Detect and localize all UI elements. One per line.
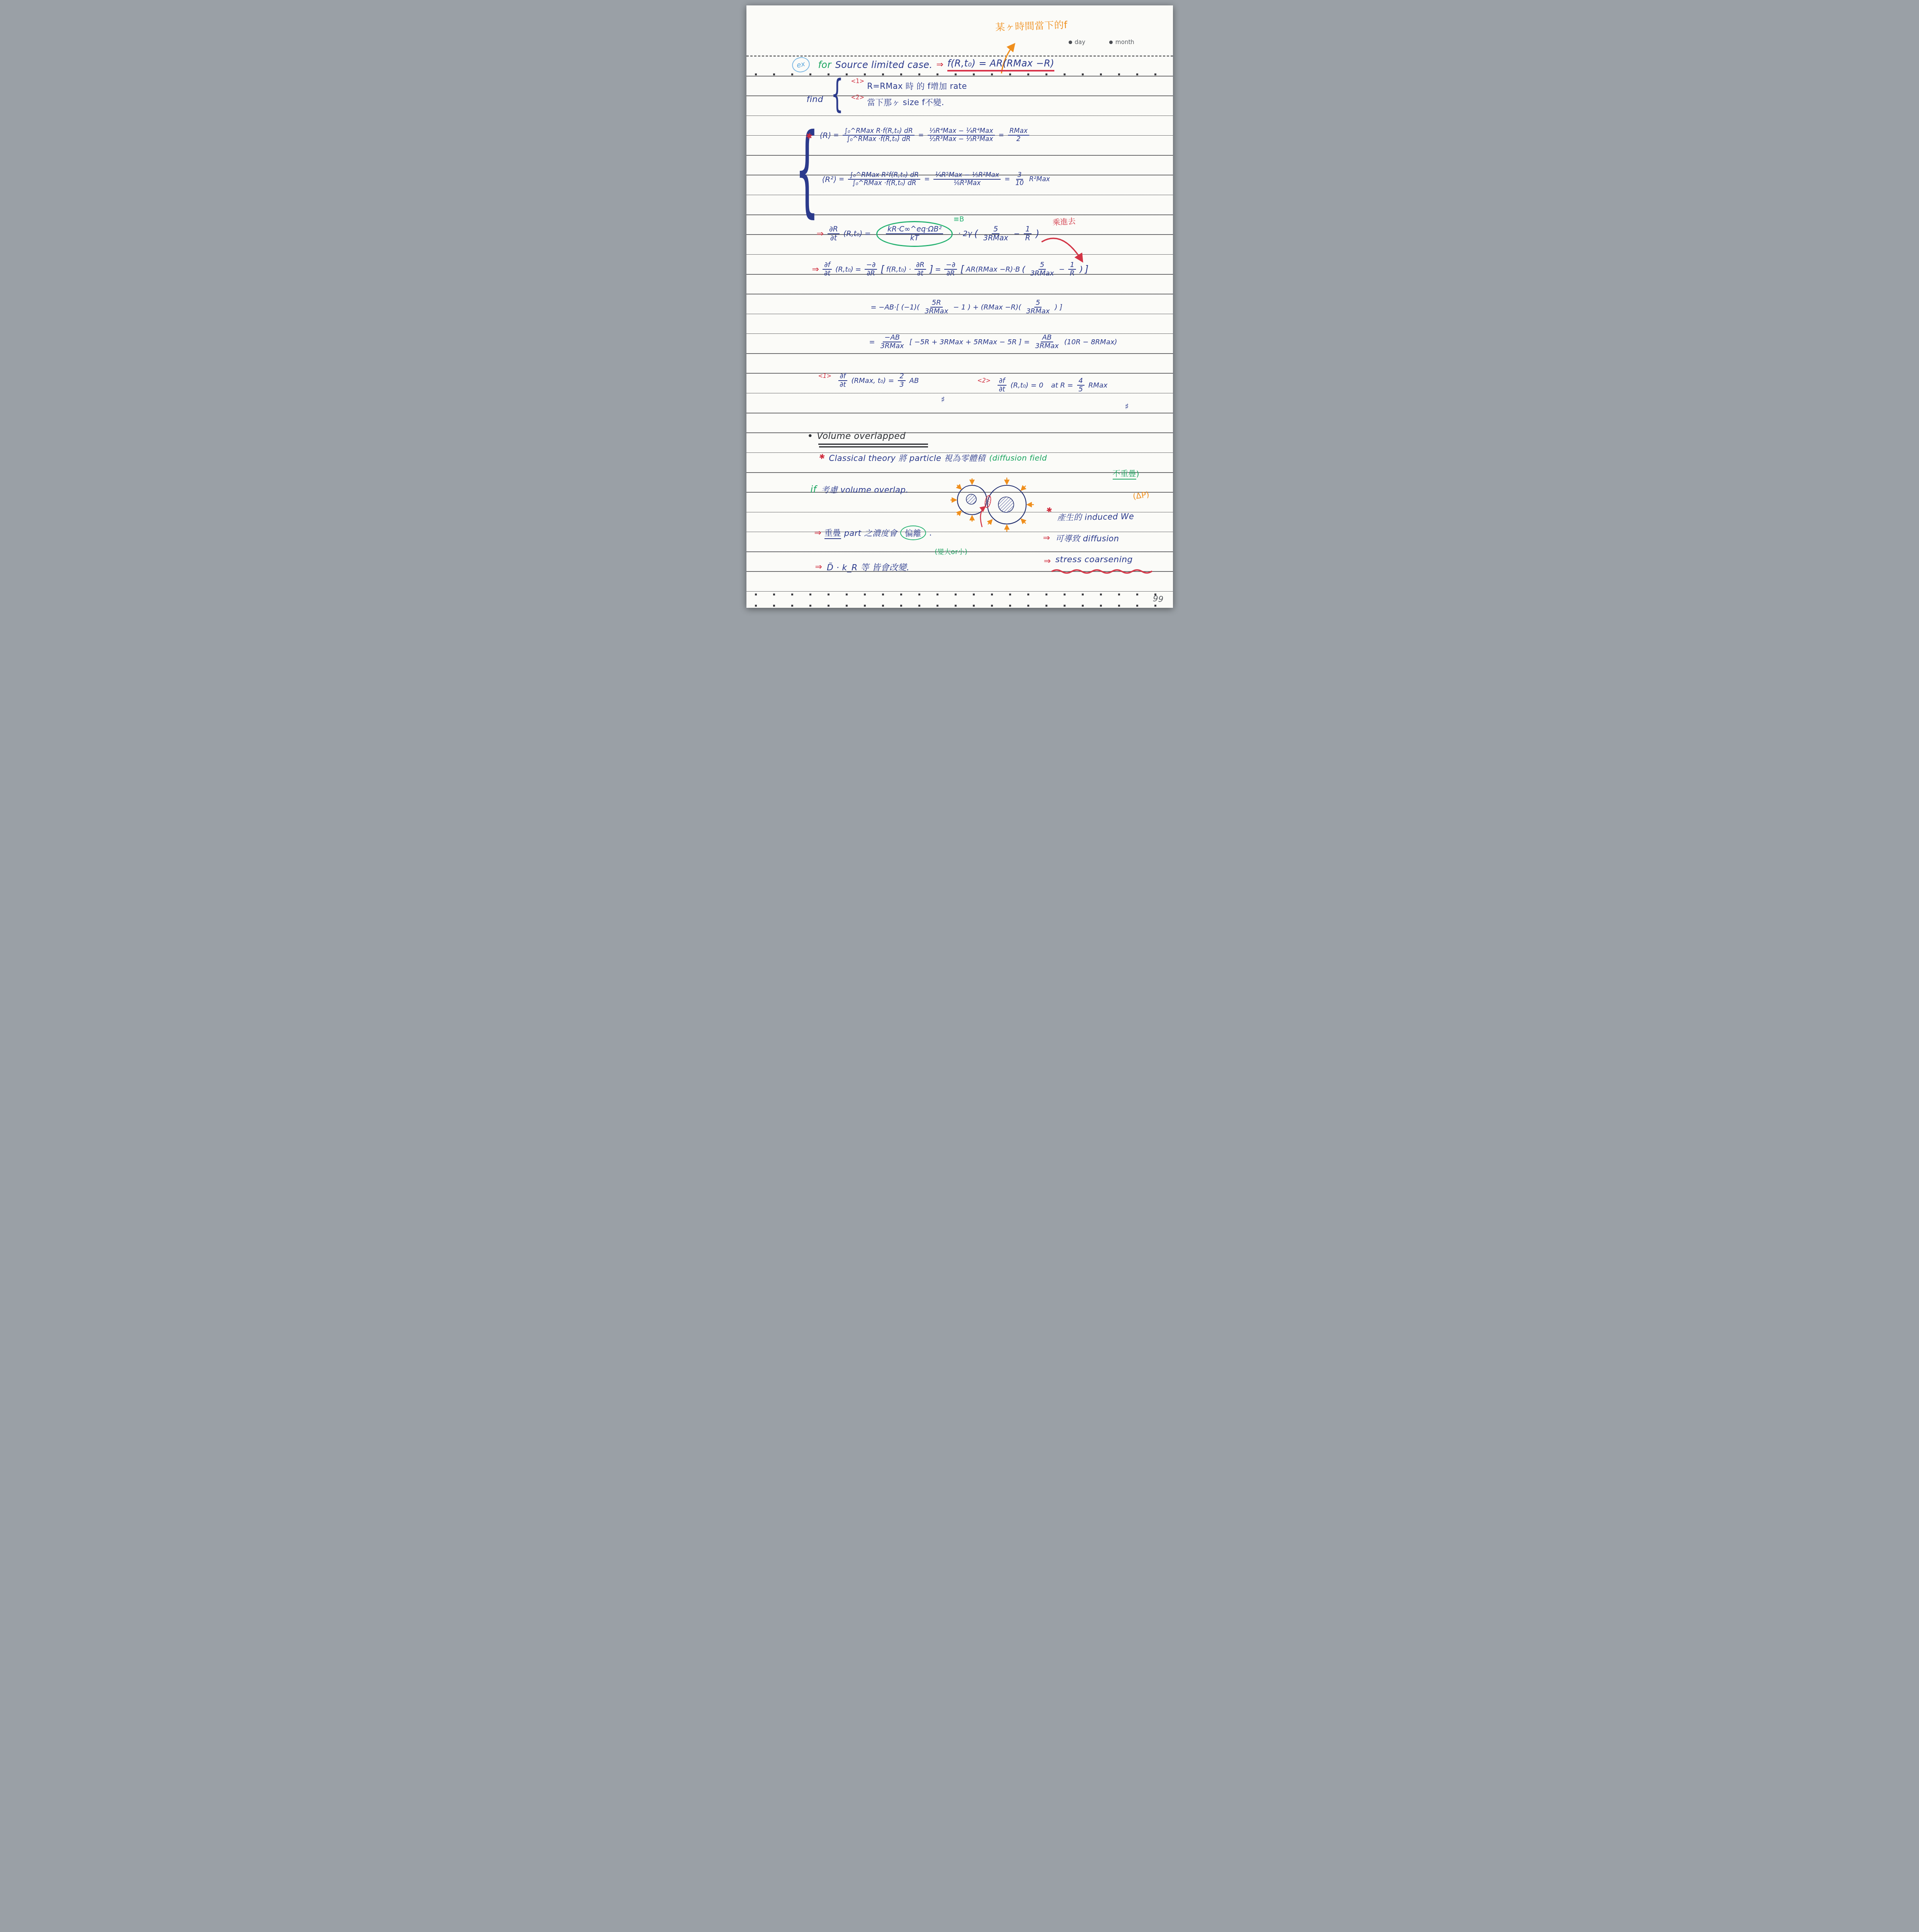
den: 3RMax bbox=[1025, 308, 1051, 315]
for-label: for bbox=[818, 60, 831, 70]
fraction: 23 bbox=[898, 372, 905, 389]
equation-expand: = −AB·[ (−1)( 5R3RMax − 1 ) + (RMax −R)(… bbox=[871, 299, 1062, 315]
bullet-icon: • bbox=[807, 430, 813, 442]
num: ∂f bbox=[823, 261, 832, 270]
num: AB bbox=[1041, 334, 1054, 342]
implies-arrow: ⇒ bbox=[812, 265, 819, 274]
red-wavy-underline bbox=[1051, 568, 1155, 575]
fraction: −AB3RMax bbox=[879, 334, 906, 350]
lhs: ⟨R²⟩ bbox=[822, 175, 837, 184]
section-volume-overlapped: • Volume overlapped bbox=[807, 430, 906, 442]
no-overlap-note: 不重疊 ) bbox=[1113, 468, 1139, 480]
eq: = bbox=[935, 265, 941, 274]
num: ∫₀^RMax R·f(R,t₀) dR bbox=[843, 128, 914, 136]
equation-dRdt: ⇒ ∂R∂t (R,t₀) = kR·C∞^eq·ΩB²kT ≡B · 2γ (… bbox=[817, 221, 1040, 247]
line-overlap-concentration: ⇒ 重疊 part 之濃度會 偏離 . bbox=[814, 526, 932, 540]
den: ∂t bbox=[997, 386, 1006, 393]
fraction: 53RMax bbox=[1029, 261, 1056, 277]
bracket: [ bbox=[880, 264, 884, 275]
fraction: ∫₀^RMax R²f(R,t₀) dR∫₀^RMax ·f(R,t₀) dR bbox=[848, 172, 920, 187]
fraction: ∂R∂t bbox=[914, 261, 926, 277]
page-number: 99 bbox=[1152, 594, 1164, 604]
fraction: ∂f∂t bbox=[823, 261, 832, 277]
multiply-in-note: 乘進去 bbox=[1052, 215, 1076, 228]
num: −∂ bbox=[865, 261, 877, 270]
times-2gamma: · 2γ bbox=[958, 230, 972, 238]
args: (R,t₀) bbox=[835, 265, 853, 274]
mid: − 1 ) + (RMax −R)( bbox=[953, 303, 1021, 311]
implies-arrow: ⇒ bbox=[817, 229, 824, 239]
fraction: AB3RMax bbox=[1033, 334, 1060, 350]
bigger-smaller-note: (變大or小) bbox=[935, 546, 967, 556]
result-1: <1> ∂f∂t (RMax, t₀) = 23 AB bbox=[818, 372, 919, 389]
fraction: ∂R∂t bbox=[828, 225, 840, 243]
consider-text: 考慮 volume overlap. bbox=[821, 484, 908, 495]
line-title: Source limited case. bbox=[835, 60, 933, 70]
den: ∂R bbox=[865, 270, 877, 277]
print-legend: day month bbox=[1069, 39, 1134, 46]
args: (R,t₀) bbox=[843, 230, 862, 238]
find-label: find bbox=[807, 95, 823, 104]
find-block: find { <1> R=RMax 時 的 f增加 rate <2> 當下那ヶ … bbox=[807, 77, 967, 110]
result2-tag: <2> bbox=[977, 377, 991, 384]
ex-label: ex bbox=[796, 60, 806, 70]
eq: = bbox=[924, 175, 930, 183]
day-label: day bbox=[1075, 39, 1086, 46]
den: ∂R bbox=[945, 270, 957, 277]
fraction: 5R3RMax bbox=[923, 299, 950, 315]
den: ½R³Max − ⅓R³Max bbox=[928, 136, 995, 143]
month-label: month bbox=[1115, 39, 1134, 46]
args: (RMax, t₀) bbox=[852, 377, 886, 385]
top-annotation: 某ヶ時間當下的f bbox=[995, 17, 1067, 34]
particle-overlap-diagram bbox=[945, 469, 1050, 537]
green-oval-annotation: kR·C∞^eq·ΩB²kT ≡B bbox=[876, 221, 953, 247]
den: 3RMax bbox=[923, 308, 950, 315]
implies-arrow: ⇒ bbox=[814, 528, 821, 538]
num: 1 bbox=[1024, 225, 1032, 234]
num: ¼R⁵Max − ⅕R²Max bbox=[933, 172, 1001, 180]
diffusion-text: 可導致 diffusion bbox=[1056, 532, 1119, 544]
fraction: ∂f∂t bbox=[838, 372, 847, 389]
num: 1 bbox=[1068, 261, 1076, 270]
paren: ( bbox=[974, 228, 978, 239]
minus: − bbox=[1014, 230, 1020, 238]
underline bbox=[818, 444, 928, 445]
implies-arrow: ⇒ bbox=[1043, 533, 1050, 543]
den: ∫₀^RMax ·f(R,t₀) dR bbox=[851, 180, 918, 187]
fraction: ¼R⁵Max − ⅕R²Max⅙R³Max bbox=[933, 172, 1001, 187]
post: (10R − 8RMax) bbox=[1064, 338, 1117, 346]
eq: = 0 bbox=[1031, 381, 1043, 389]
if-label: if bbox=[811, 484, 817, 495]
den: 10 bbox=[1014, 180, 1025, 187]
fraction: −∂∂R bbox=[944, 261, 957, 277]
at-R: at R = bbox=[1051, 381, 1073, 389]
equation-dfdt: ⇒ ∂f∂t (R,t₀) = −∂∂R [ f(R,t₀) · ∂R∂t ] … bbox=[812, 261, 1089, 277]
num: 5 bbox=[992, 225, 999, 234]
large-particle-core bbox=[998, 497, 1014, 512]
num: kR·C∞^eq·ΩB² bbox=[886, 225, 943, 234]
den: ∫₀^RMax ·f(R,t₀) dR bbox=[845, 136, 912, 143]
ruled-line-dashed bbox=[746, 56, 1173, 56]
fraction: −∂∂R bbox=[865, 261, 877, 277]
fraction: ⅓R⁴Max − ¼R⁴Max½R³Max − ⅓R³Max bbox=[928, 128, 995, 143]
mid: [ −5R + 3RMax + 5RMax − 5R ] bbox=[909, 338, 1022, 346]
num: −AB bbox=[883, 334, 901, 342]
den: 3 bbox=[898, 381, 905, 389]
fraction: ∂f∂t bbox=[997, 377, 1006, 393]
den: 2 bbox=[1015, 136, 1022, 143]
den: 3RMax bbox=[879, 342, 906, 350]
den: ∂t bbox=[829, 234, 838, 242]
post: RMax bbox=[1088, 381, 1108, 389]
bracket: ] bbox=[1085, 264, 1088, 275]
args: (R,t₀) bbox=[1011, 381, 1029, 389]
diffusion-field-note: (diffusion field bbox=[989, 453, 1047, 463]
concentration-text: part 之濃度會 bbox=[844, 527, 897, 539]
item2-tag: <2> bbox=[851, 94, 865, 101]
num: 5R bbox=[930, 299, 943, 308]
formula-f: f(R,t₀) = AR(RMax −R) bbox=[947, 58, 1054, 71]
eq: = bbox=[888, 377, 894, 385]
post: R²Max bbox=[1029, 175, 1050, 183]
section-title: Volume overlapped bbox=[817, 431, 906, 441]
inner: f(R,t₀) · bbox=[886, 265, 911, 274]
final-text: D̃ · k_R 等 皆會改變. bbox=[827, 561, 909, 573]
den: ∂t bbox=[823, 270, 832, 277]
notebook-page: 某ヶ時間當下的f day month ex for Source limited… bbox=[746, 5, 1173, 608]
num: RMax bbox=[1008, 128, 1029, 136]
line-classical-theory: Classical theory 將 particle 視為零體積 (diffu… bbox=[829, 452, 1047, 464]
month-dot-icon bbox=[1109, 41, 1113, 44]
num: 4 bbox=[1077, 377, 1084, 386]
deviate-circled: 偏離 bbox=[900, 526, 926, 540]
inner: AR(RMax −R)·B bbox=[966, 265, 1020, 274]
fraction: ∫₀^RMax R·f(R,t₀) dR∫₀^RMax ·f(R,t₀) dR bbox=[843, 128, 914, 143]
eq: = bbox=[999, 131, 1004, 139]
num: 5 bbox=[1034, 299, 1042, 308]
den: kT bbox=[909, 234, 921, 242]
bracket: [ bbox=[960, 264, 964, 275]
paren: ) bbox=[1136, 469, 1139, 478]
fraction: 45 bbox=[1077, 377, 1084, 393]
num: ∂R bbox=[914, 261, 926, 270]
lhs: ⟨R⟩ bbox=[820, 131, 831, 140]
num: ∂f bbox=[838, 372, 848, 381]
pre: = −AB·[ (−1)( bbox=[871, 303, 920, 311]
num: 3 bbox=[1016, 172, 1023, 180]
line-parameters-change: ⇒ D̃ · k_R 等 皆會改變. bbox=[815, 561, 909, 573]
defined-as-B: ≡B bbox=[954, 215, 964, 223]
fraction: 310 bbox=[1014, 172, 1025, 187]
eq: = bbox=[1024, 338, 1030, 346]
small-particle-core bbox=[966, 494, 976, 504]
find-item1: R=RMax 時 的 f增加 rate bbox=[867, 80, 967, 92]
finish-mark: ♯ bbox=[941, 395, 945, 404]
fraction: 53RMax bbox=[982, 225, 1010, 243]
finish-mark: ♯ bbox=[1125, 402, 1129, 411]
overlap-lens bbox=[984, 495, 991, 508]
bracket: ] bbox=[930, 264, 933, 275]
minus: − bbox=[1059, 265, 1065, 274]
eq: = bbox=[918, 131, 924, 139]
underline bbox=[819, 446, 928, 447]
num: ⅓R⁴Max − ¼R⁴Max bbox=[928, 128, 995, 136]
fraction: RMax2 bbox=[1008, 128, 1029, 143]
fraction: 53RMax bbox=[1025, 299, 1051, 315]
item1-tag: <1> bbox=[851, 78, 865, 85]
den: 3RMax bbox=[1033, 342, 1060, 350]
fraction: 1R bbox=[1068, 261, 1076, 277]
num: ∫₀^RMax R²f(R,t₀) dR bbox=[848, 172, 920, 180]
implies-arrow: ⇒ bbox=[1044, 556, 1051, 566]
fraction: kR·C∞^eq·ΩB²kT bbox=[886, 225, 943, 243]
result1-tag: <1> bbox=[818, 372, 832, 379]
equation-simplify: = −AB3RMax [ −5R + 3RMax + 5RMax − 5R ] … bbox=[869, 334, 1117, 350]
fraction: 1R bbox=[1024, 225, 1032, 243]
day-dot-icon bbox=[1069, 41, 1072, 44]
den: 5 bbox=[1077, 386, 1084, 393]
implies-arrow: ⇒ bbox=[937, 60, 943, 70]
num: ∂R bbox=[828, 225, 840, 234]
inward-flux-arrows bbox=[950, 478, 1034, 532]
overlap-word: 重疊 bbox=[824, 527, 841, 539]
dot-row bbox=[755, 605, 1165, 607]
implies-arrow: ⇒ bbox=[815, 562, 822, 572]
num: −∂ bbox=[944, 261, 957, 270]
den: R bbox=[1068, 270, 1076, 277]
dot-row bbox=[755, 594, 1165, 595]
eq: = bbox=[839, 175, 844, 183]
ex-circle-icon: ex bbox=[790, 56, 811, 74]
post: ) ] bbox=[1055, 303, 1062, 311]
curly-brace: { bbox=[831, 77, 843, 110]
paren: ) bbox=[1079, 265, 1083, 274]
eq: = bbox=[833, 131, 839, 139]
den: ∂t bbox=[916, 270, 925, 277]
equation-mean-R: ⟨R⟩ = ∫₀^RMax R·f(R,t₀) dR∫₀^RMax ·f(R,t… bbox=[820, 128, 1031, 143]
num: ∂f bbox=[998, 377, 1007, 386]
no-overlap-text: 不重疊 bbox=[1113, 468, 1136, 480]
den: ∂t bbox=[838, 381, 847, 389]
dot-row bbox=[755, 73, 1165, 75]
period: . bbox=[929, 528, 932, 537]
eq: = bbox=[1005, 175, 1010, 183]
line-source-limited: ex for Source limited case. ⇒ f(R,t₀) = … bbox=[792, 57, 1054, 72]
den: ⅙R³Max bbox=[952, 180, 982, 187]
find-item2: 當下那ヶ size f不變. bbox=[867, 96, 944, 108]
induced-we-text: 產生的 induced We bbox=[1057, 510, 1134, 523]
num: 5 bbox=[1039, 261, 1046, 270]
den: R bbox=[1024, 234, 1032, 242]
stress-coarsening-text: stress coarsening bbox=[1056, 555, 1133, 565]
result-2: <2> ∂f∂t (R,t₀) = 0 at R = 45 RMax bbox=[977, 377, 1108, 393]
line-consider-overlap: if 考慮 volume overlap. bbox=[811, 484, 909, 495]
equation-mean-R2: ⟨R²⟩ = ∫₀^RMax R²f(R,t₀) dR∫₀^RMax ·f(R,… bbox=[822, 172, 1050, 187]
overlap-pointer-arrow bbox=[980, 507, 984, 527]
eq: = bbox=[855, 265, 861, 274]
num: 2 bbox=[898, 372, 905, 381]
den: 3RMax bbox=[982, 234, 1010, 242]
classical-text: Classical theory 將 particle 視為零體積 bbox=[829, 452, 986, 464]
den: 3RMax bbox=[1029, 270, 1056, 277]
eq: = bbox=[865, 230, 871, 238]
eq: = bbox=[869, 338, 875, 346]
post: AB bbox=[909, 377, 919, 385]
paren: ( bbox=[1022, 265, 1025, 274]
